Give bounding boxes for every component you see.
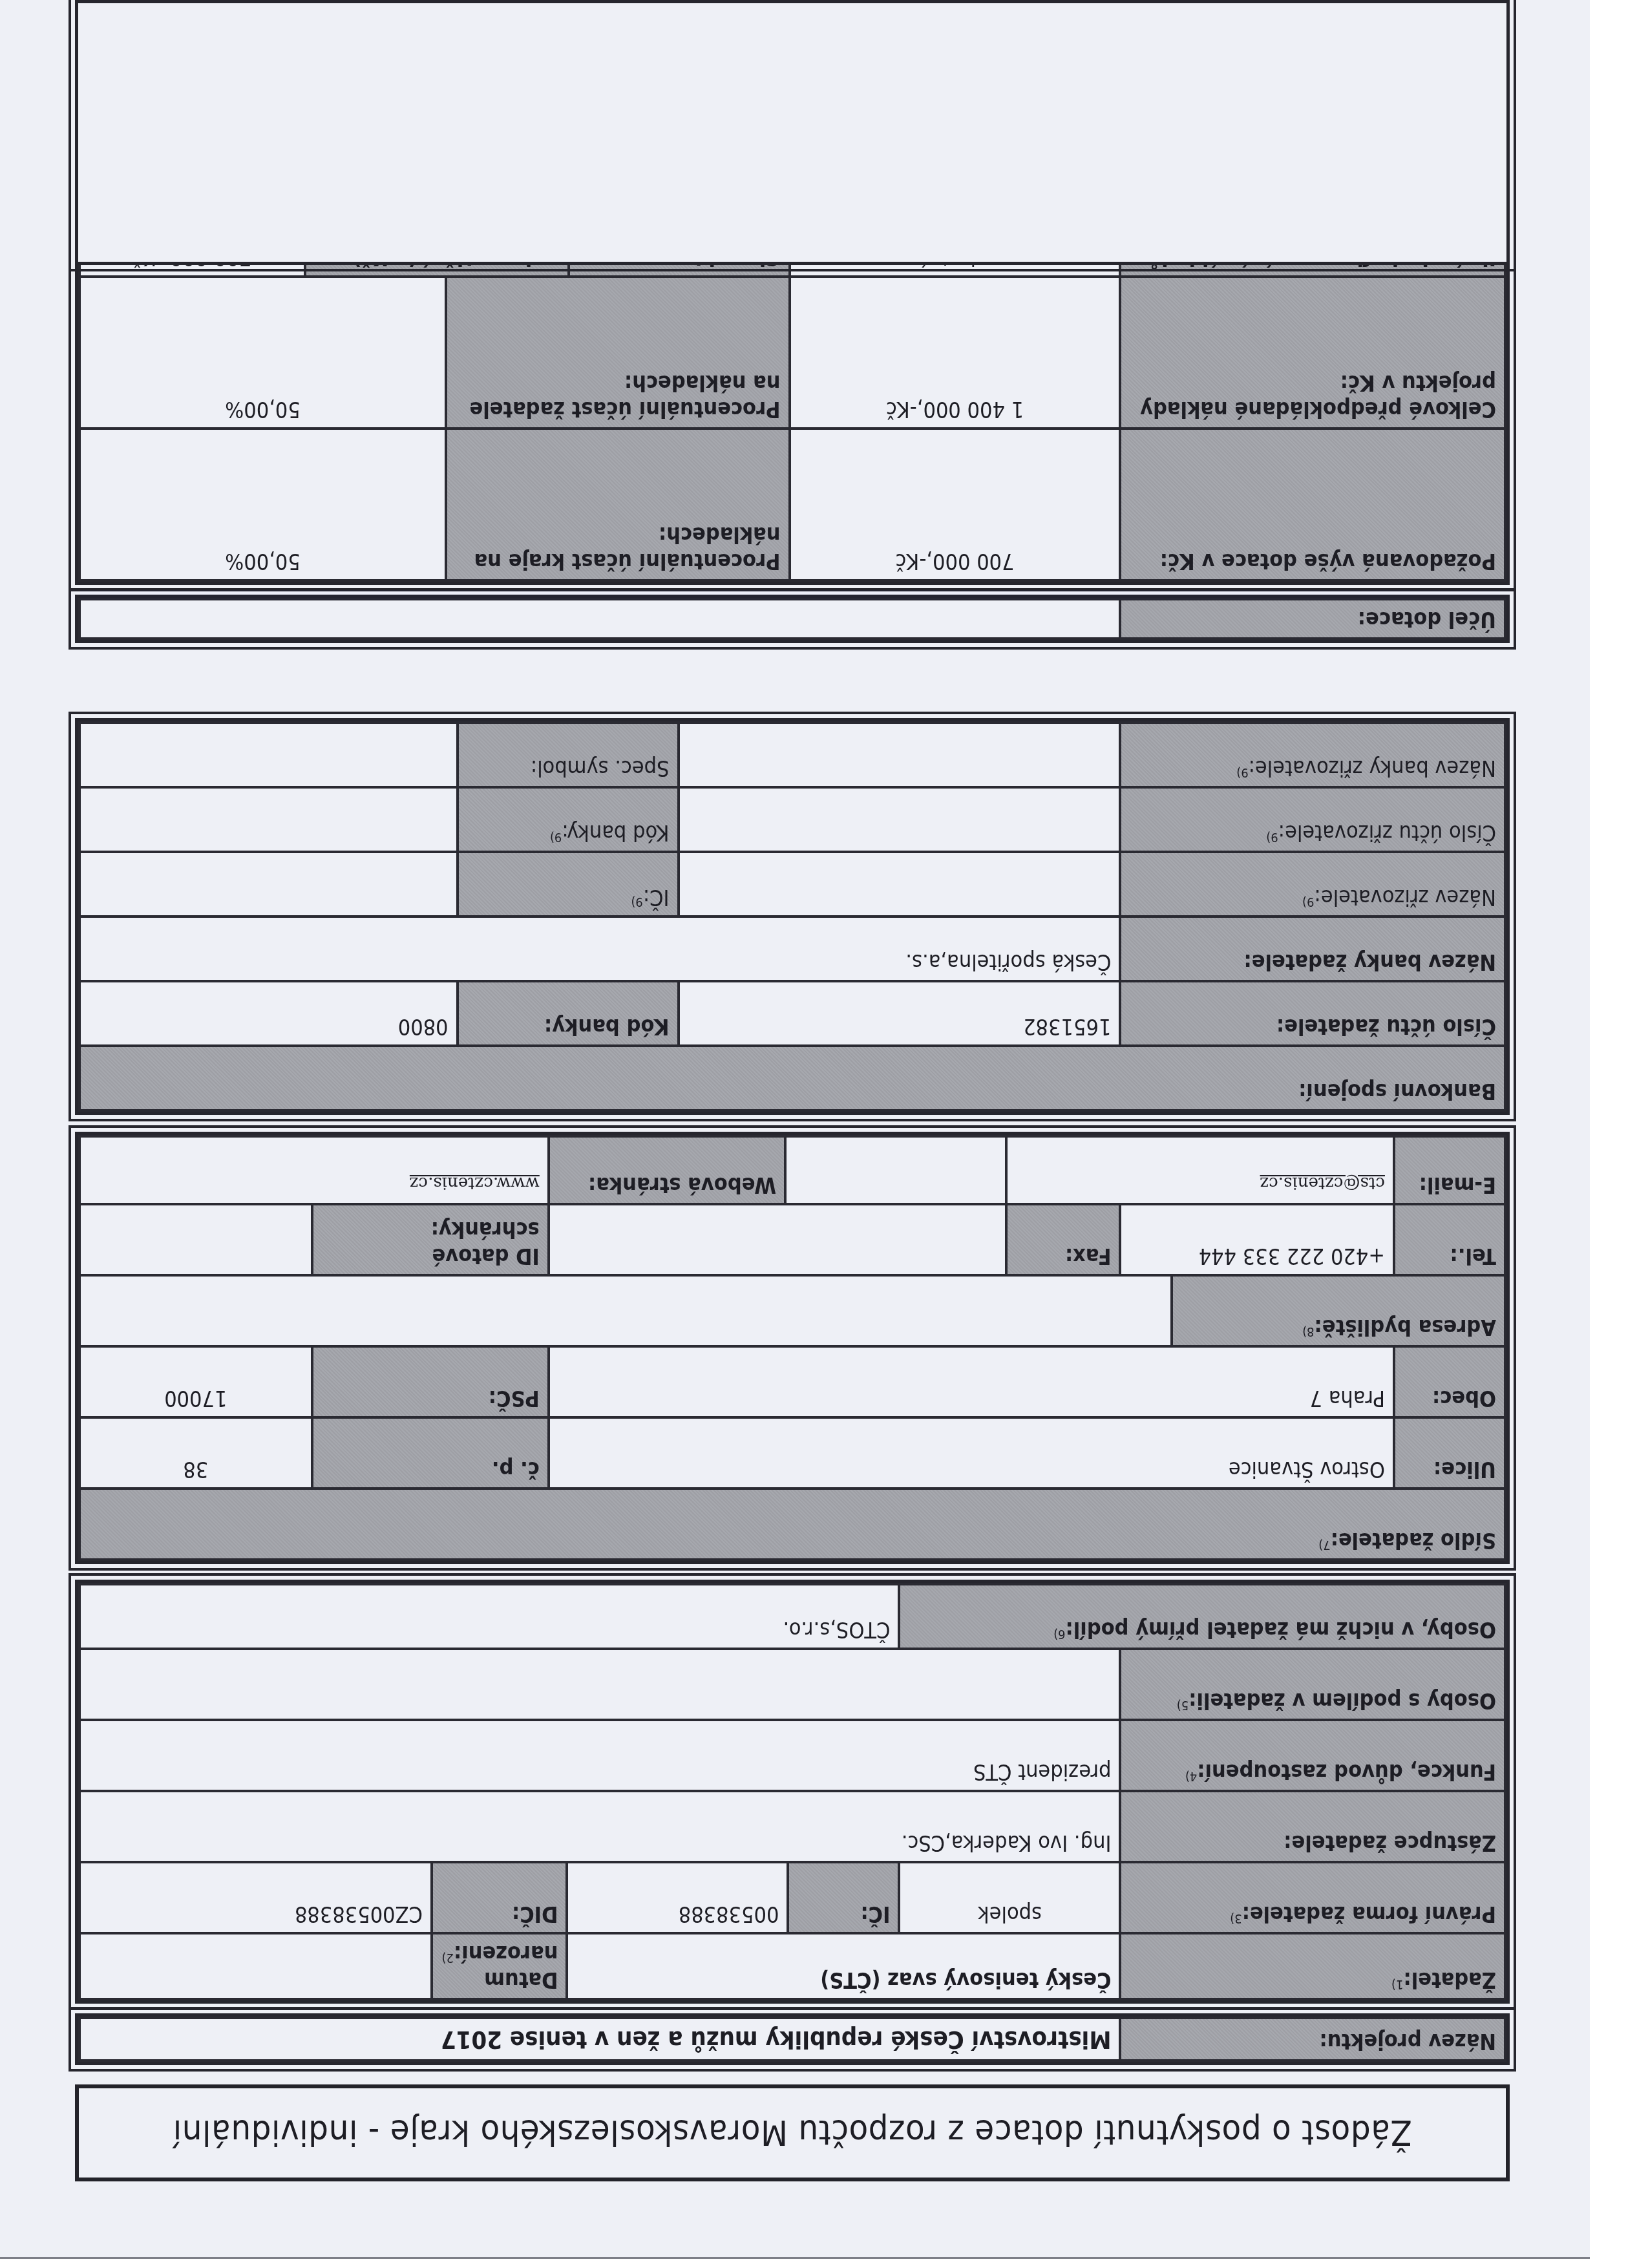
- notes-box: [75, 0, 1510, 265]
- lower-page-layer: [0, 0, 1590, 2259]
